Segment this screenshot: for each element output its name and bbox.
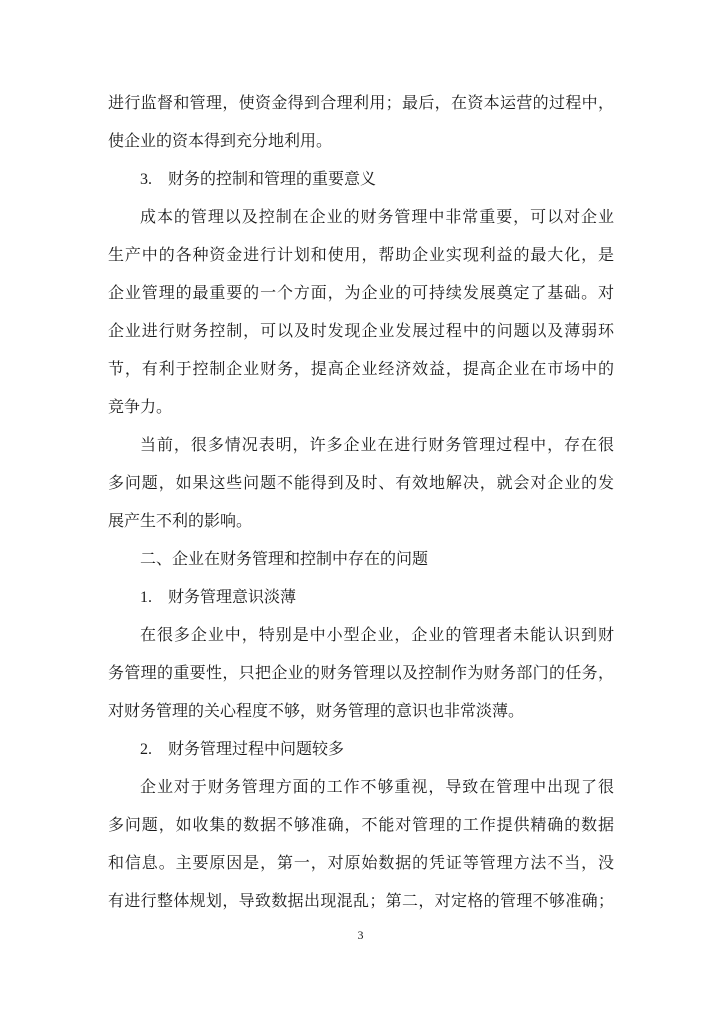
text-line: 和信息。主要原因是，第一，对原始数据的凭证等管理方法不当，没 — [108, 845, 614, 883]
text-line: 生产中的各种资金进行计划和使用，帮助企业实现利益的最大化，是 — [108, 237, 614, 275]
text-line: 对财务管理的关心程度不够，财务管理的意识也非常淡薄。 — [108, 693, 614, 731]
heading-line: 二、企业在财务管理和控制中存在的问题 — [108, 541, 614, 579]
text-line: 多问题，如收集的数据不够准确，不能对管理的工作提供精确的数据 — [108, 807, 614, 845]
page-footer: 3 — [0, 921, 721, 949]
text-line: 企业进行财务控制，可以及时发现企业发展过程中的问题以及薄弱环 — [108, 313, 614, 351]
text-line: 多问题，如果这些问题不能得到及时、有效地解决，就会对企业的发 — [108, 465, 614, 503]
paragraph: 当前，很多情况表明，许多企业在进行财务管理过程中，存在很 多问题，如果这些问题不… — [108, 427, 614, 541]
paragraph: 成本的管理以及控制在企业的财务管理中非常重要，可以对企业 生产中的各种资金进行计… — [108, 199, 614, 427]
paragraph: 在很多企业中，特别是中小型企业，企业的管理者未能认识到财 务管理的重要性，只把企… — [108, 617, 614, 731]
text-line: 在很多企业中，特别是中小型企业，企业的管理者未能认识到财 — [108, 617, 614, 655]
heading-line: 3. 财务的控制和管理的重要意义 — [108, 161, 614, 199]
text-line: 节，有利于控制企业财务，提高企业经济效益，提高企业在市场中的 — [108, 351, 614, 389]
document-page: 进行监督和管理，使资金得到合理利用；最后，在资本运营的过程中， 使企业的资本得到… — [0, 0, 721, 1020]
section-heading: 二、企业在财务管理和控制中存在的问题 — [108, 541, 614, 579]
heading-line: 1. 财务管理意识淡薄 — [108, 579, 614, 617]
text-line: 使企业的资本得到充分地利用。 — [108, 123, 614, 161]
text-line: 企业对于财务管理方面的工作不够重视，导致在管理中出现了很 — [108, 769, 614, 807]
text-line: 有进行整体规划，导致数据出现混乱；第二，对定格的管理不够准确； — [108, 883, 614, 921]
text-line: 竞争力。 — [108, 389, 614, 427]
numbered-heading: 1. 财务管理意识淡薄 — [108, 579, 614, 617]
text-line: 成本的管理以及控制在企业的财务管理中非常重要，可以对企业 — [108, 199, 614, 237]
text-line: 企业管理的最重要的一个方面，为企业的可持续发展奠定了基础。对 — [108, 275, 614, 313]
text-line: 进行监督和管理，使资金得到合理利用；最后，在资本运营的过程中， — [108, 85, 614, 123]
page-number: 3 — [358, 928, 364, 942]
numbered-heading: 3. 财务的控制和管理的重要意义 — [108, 161, 614, 199]
heading-line: 2. 财务管理过程中问题较多 — [108, 731, 614, 769]
numbered-heading: 2. 财务管理过程中问题较多 — [108, 731, 614, 769]
paragraph: 进行监督和管理，使资金得到合理利用；最后，在资本运营的过程中， 使企业的资本得到… — [108, 85, 614, 161]
text-line: 当前，很多情况表明，许多企业在进行财务管理过程中，存在很 — [108, 427, 614, 465]
paragraph: 企业对于财务管理方面的工作不够重视，导致在管理中出现了很 多问题，如收集的数据不… — [108, 769, 614, 921]
text-line: 展产生不利的影响。 — [108, 503, 614, 541]
text-line: 务管理的重要性，只把企业的财务管理以及控制作为财务部门的任务， — [108, 655, 614, 693]
document-body: 进行监督和管理，使资金得到合理利用；最后，在资本运营的过程中， 使企业的资本得到… — [0, 0, 721, 921]
